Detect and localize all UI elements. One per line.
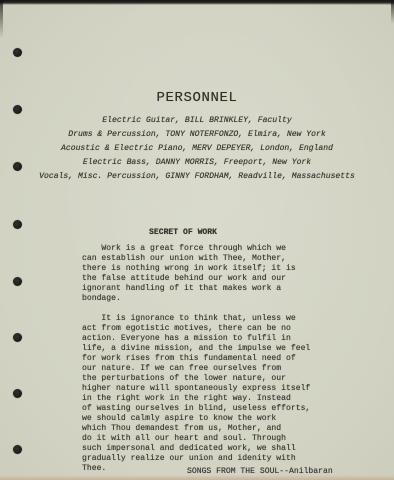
page-bottom-scan-edge: [0, 475, 394, 480]
essay-paragraph-2: It is ignorance to think that, unless we…: [82, 314, 310, 474]
binder-hole-2: [13, 105, 22, 114]
page-left-edge-shade: [0, 0, 3, 38]
binder-hole-8: [13, 445, 22, 454]
page-top-scan-edge: [0, 0, 394, 5]
scanned-document-page: PERSONNEL Electric Guitar, BILL BRINKLEY…: [0, 0, 394, 480]
binder-hole-7: [13, 389, 22, 398]
essay-paragraph-1: Work is a great force through which we c…: [82, 244, 296, 304]
binder-hole-5: [13, 277, 22, 286]
binder-hole-6: [13, 333, 22, 342]
personnel-roster: Electric Guitar, BILL BRINKLEY, Faculty …: [0, 114, 394, 184]
essay-heading: SECRET OF WORK: [149, 228, 217, 238]
binder-hole-1: [13, 48, 22, 57]
personnel-title: PERSONNEL: [0, 90, 394, 106]
binder-hole-4: [13, 220, 22, 229]
